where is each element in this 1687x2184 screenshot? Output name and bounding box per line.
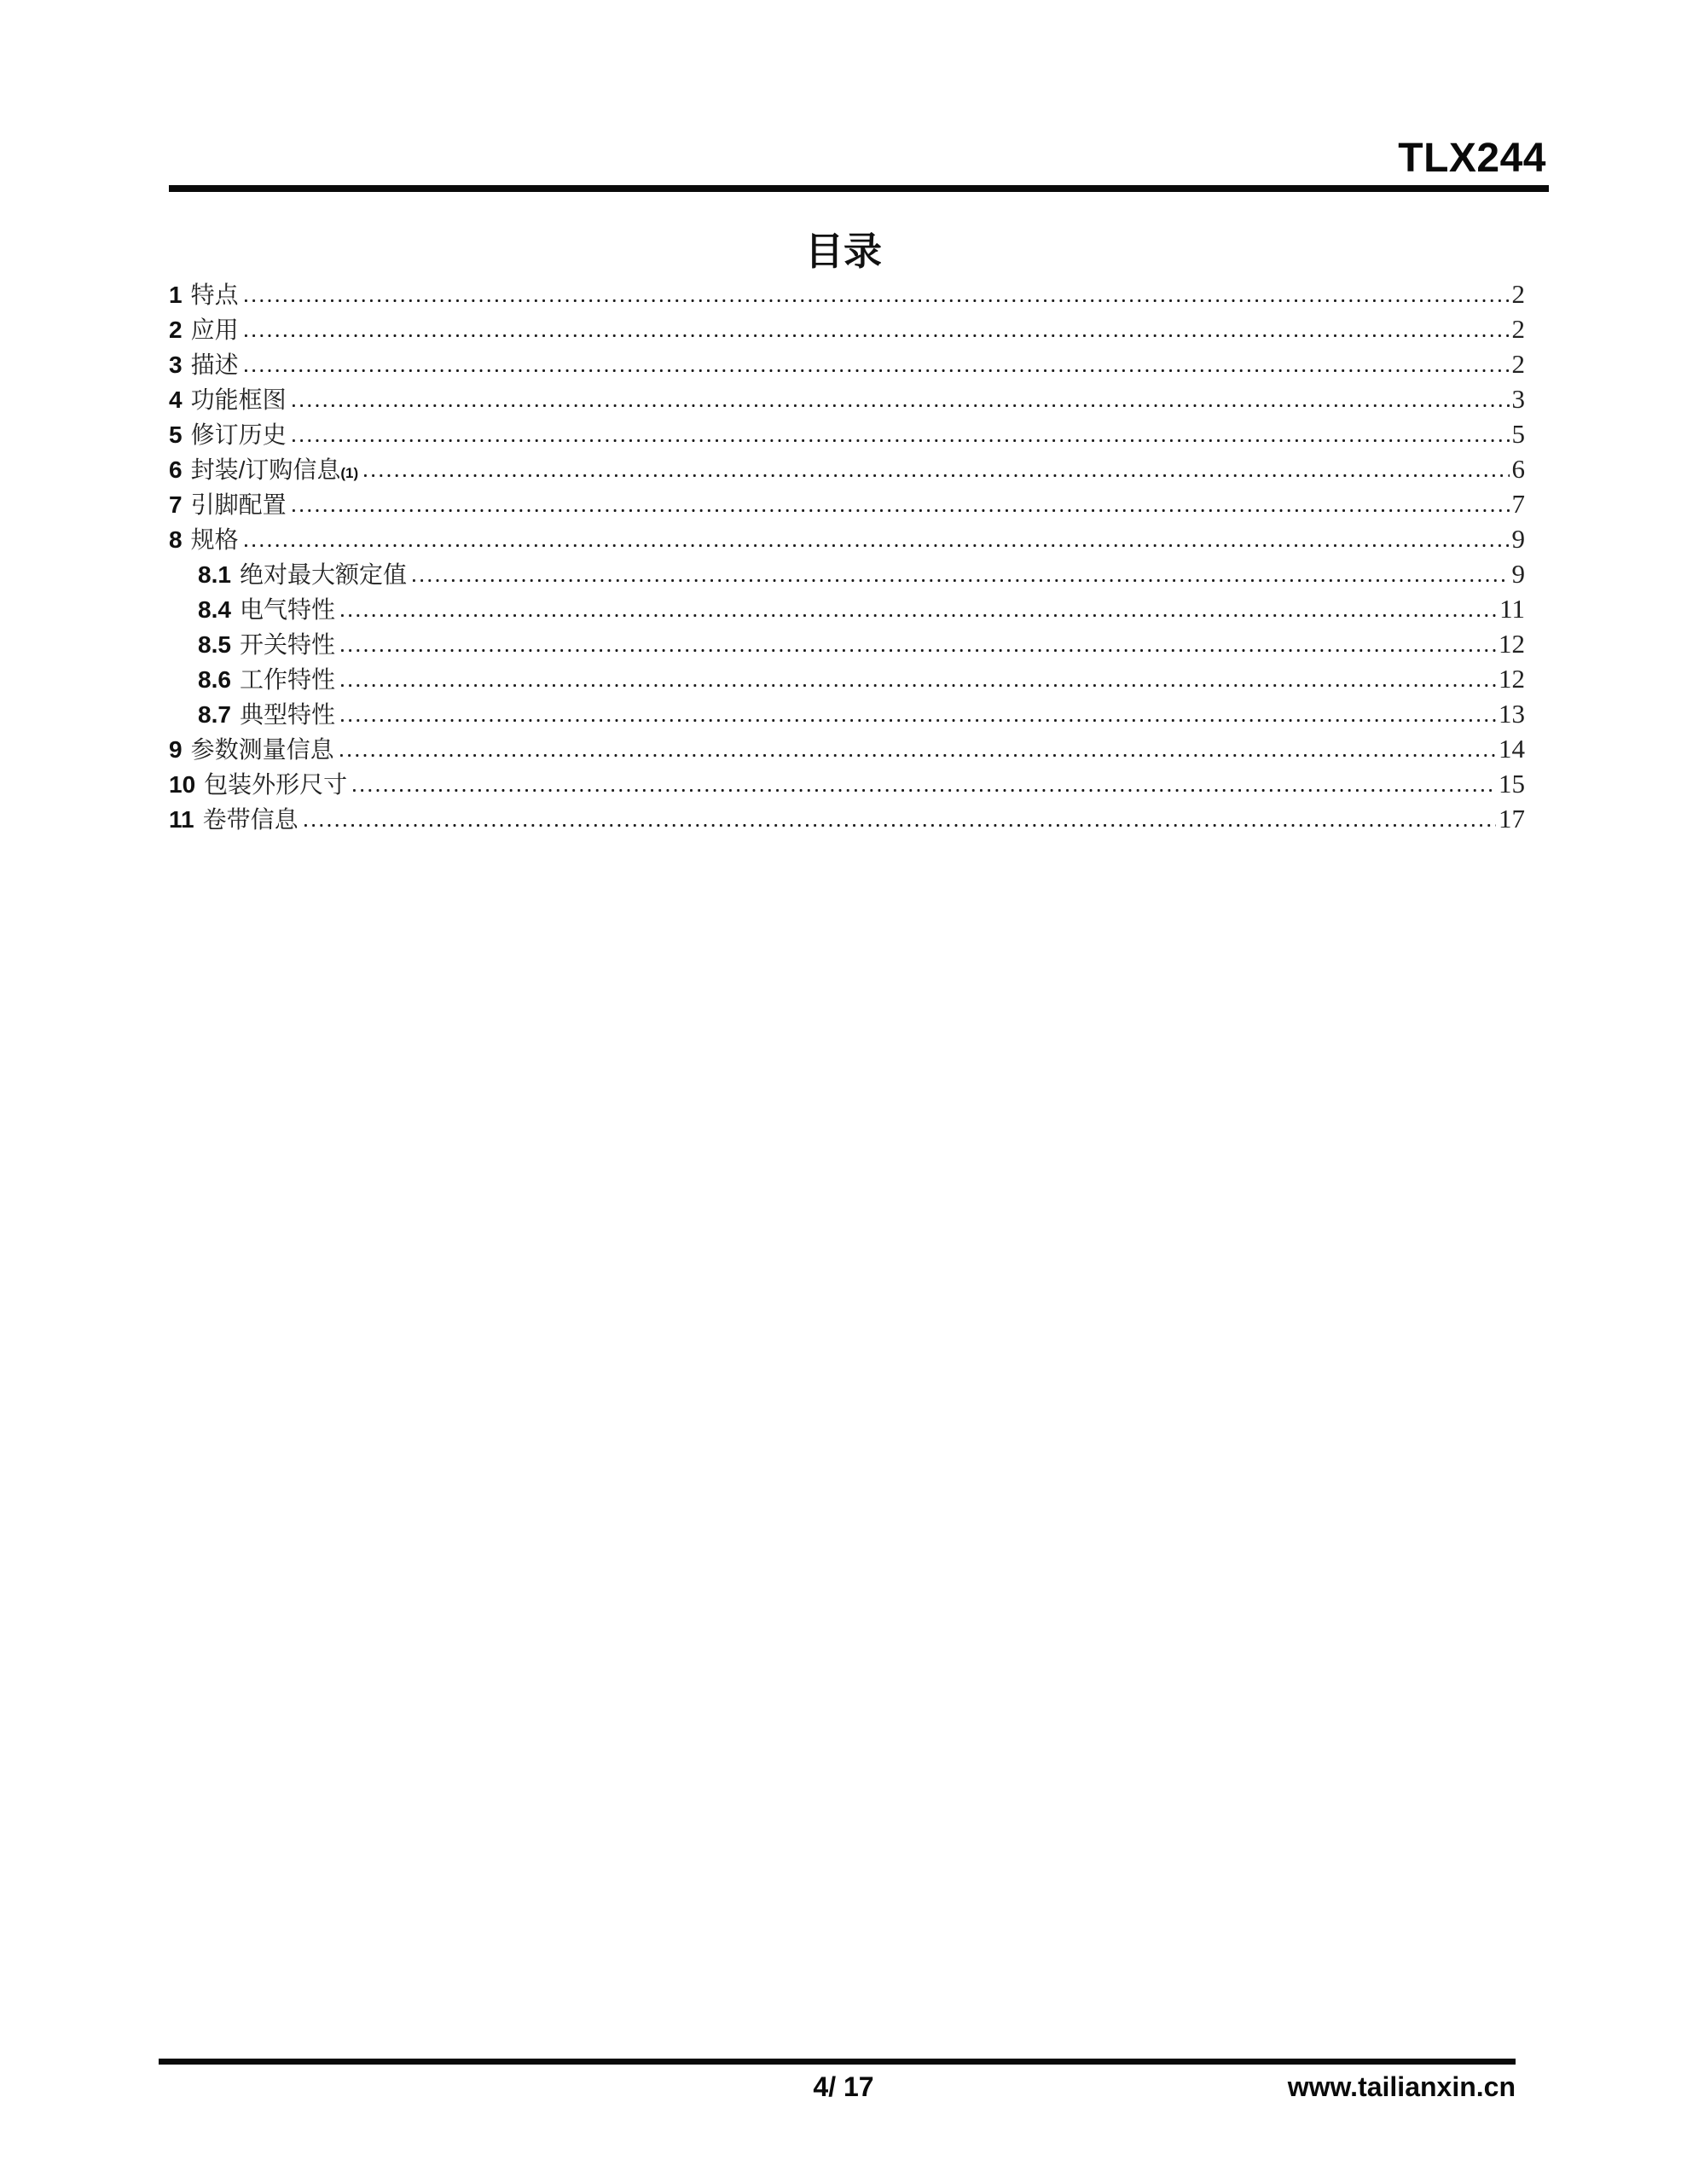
dot-leader <box>292 439 1510 443</box>
toc-entry-label: 卷带信息 <box>203 801 299 835</box>
toc-entry[interactable]: 4 功能框图 3 <box>169 381 1525 416</box>
toc-page-number: 12 <box>1499 629 1525 659</box>
toc-entry-label: 封装/订购信息 <box>191 451 341 485</box>
toc-entry-number: 8 <box>169 526 183 554</box>
toc-page-number: 13 <box>1499 699 1525 729</box>
toc-entry[interactable]: 8.1 绝对最大额定值 9 <box>169 556 1525 591</box>
dot-leader <box>244 299 1510 303</box>
toc-entry-number: 7 <box>169 491 183 519</box>
table-of-contents: 1 特点 2 2 应用 2 3 描述 2 4 功能框图 <box>169 276 1525 836</box>
toc-entry-number: 8.7 <box>198 701 231 729</box>
dot-leader <box>244 543 1510 548</box>
toc-entry-label: 功能框图 <box>191 381 287 415</box>
dot-leader <box>339 753 1496 758</box>
toc-entry-label: 描述 <box>191 346 239 380</box>
dot-leader <box>340 613 1497 618</box>
toc-page-number: 11 <box>1499 594 1525 624</box>
toc-entry[interactable]: 9 参数测量信息 14 <box>169 731 1525 766</box>
toc-entry-label: 特点 <box>191 276 239 311</box>
toc-page-number: 17 <box>1499 804 1525 834</box>
toc-page-number: 7 <box>1512 489 1526 520</box>
toc-page-number: 9 <box>1512 524 1526 555</box>
toc-entry[interactable]: 8.7 典型特性 13 <box>169 696 1525 731</box>
toc-entry[interactable]: 10 包装外形尺寸 15 <box>169 766 1525 801</box>
website-url: www.tailianxin.cn <box>1288 2071 1516 2103</box>
toc-title: 目录 <box>0 220 1687 276</box>
toc-page-number: 9 <box>1512 559 1526 590</box>
toc-entry-number: 1 <box>169 282 183 309</box>
dot-leader <box>340 718 1496 723</box>
toc-page-number: 15 <box>1499 769 1525 799</box>
toc-page-number: 2 <box>1512 349 1526 380</box>
toc-page-number: 12 <box>1499 664 1525 694</box>
toc-entry[interactable]: 8.4 电气特性 11 <box>169 591 1525 626</box>
toc-entry-number: 8.6 <box>198 666 231 694</box>
toc-entry-label: 应用 <box>191 311 239 346</box>
toc-entry-number: 3 <box>169 351 183 379</box>
dot-leader <box>304 823 1496 828</box>
toc-entry-number: 2 <box>169 317 183 344</box>
toc-entry[interactable]: 8.5 开关特性 12 <box>169 626 1525 661</box>
toc-page-number: 6 <box>1512 454 1526 485</box>
toc-entry-number: 4 <box>169 386 183 414</box>
toc-entry-label: 典型特性 <box>240 696 335 730</box>
toc-entry-label: 开关特性 <box>240 626 335 660</box>
toc-entry[interactable]: 1 特点 2 <box>169 276 1525 311</box>
footer-rule <box>159 2059 1516 2065</box>
toc-entry[interactable]: 5 修订历史 5 <box>169 416 1525 451</box>
toc-page-number: 2 <box>1512 314 1526 345</box>
header-rule <box>169 185 1549 192</box>
toc-entry[interactable]: 2 应用 2 <box>169 311 1525 346</box>
toc-page-number: 14 <box>1499 734 1525 764</box>
dot-leader <box>352 788 1496 793</box>
toc-entry[interactable]: 7 引脚配置 7 <box>169 486 1525 521</box>
toc-entry-label: 修订历史 <box>191 416 287 450</box>
document-page: TLX244 目录 1 特点 2 2 应用 2 3 描述 2 <box>0 0 1687 2184</box>
toc-entry[interactable]: 3 描述 2 <box>169 346 1525 381</box>
toc-page-number: 5 <box>1512 419 1526 450</box>
dot-leader <box>340 648 1496 653</box>
dot-leader <box>340 683 1496 688</box>
toc-page-number: 2 <box>1512 279 1526 310</box>
toc-entry-number: 8.1 <box>198 561 231 589</box>
toc-entry[interactable]: 8.6 工作特性 12 <box>169 661 1525 696</box>
toc-entry-number: 11 <box>169 806 194 834</box>
toc-entry-number: 6 <box>169 456 183 484</box>
toc-entry[interactable]: 8 规格 9 <box>169 521 1525 556</box>
toc-entry-number: 9 <box>169 736 183 764</box>
toc-entry-number: 5 <box>169 421 183 449</box>
toc-entry-label: 规格 <box>191 521 239 555</box>
toc-entry-number: 10 <box>169 771 195 799</box>
dot-leader <box>244 369 1510 373</box>
toc-page-number: 3 <box>1512 384 1526 415</box>
toc-entry-number: 8.4 <box>198 596 231 624</box>
dot-leader <box>292 404 1510 408</box>
dot-leader <box>412 578 1510 583</box>
dot-leader <box>244 334 1510 338</box>
toc-entry-label: 引脚配置 <box>191 486 287 520</box>
dot-leader <box>292 508 1510 513</box>
dot-leader <box>363 473 1509 478</box>
toc-entry-label: 包装外形尺寸 <box>204 766 347 800</box>
toc-entry-number: 8.5 <box>198 631 231 659</box>
toc-entry[interactable]: 6 封装/订购信息 (1) 6 <box>169 451 1525 486</box>
toc-entry-label: 绝对最大额定值 <box>240 556 407 590</box>
toc-entry-label: 工作特性 <box>240 661 335 695</box>
product-title: TLX244 <box>1398 135 1546 182</box>
toc-entry-label: 电气特性 <box>240 591 335 625</box>
page-footer: 4/ 17 www.tailianxin.cn <box>0 2071 1687 2109</box>
toc-entry[interactable]: 11 卷带信息 17 <box>169 801 1525 836</box>
toc-entry-label: 参数测量信息 <box>191 731 334 765</box>
